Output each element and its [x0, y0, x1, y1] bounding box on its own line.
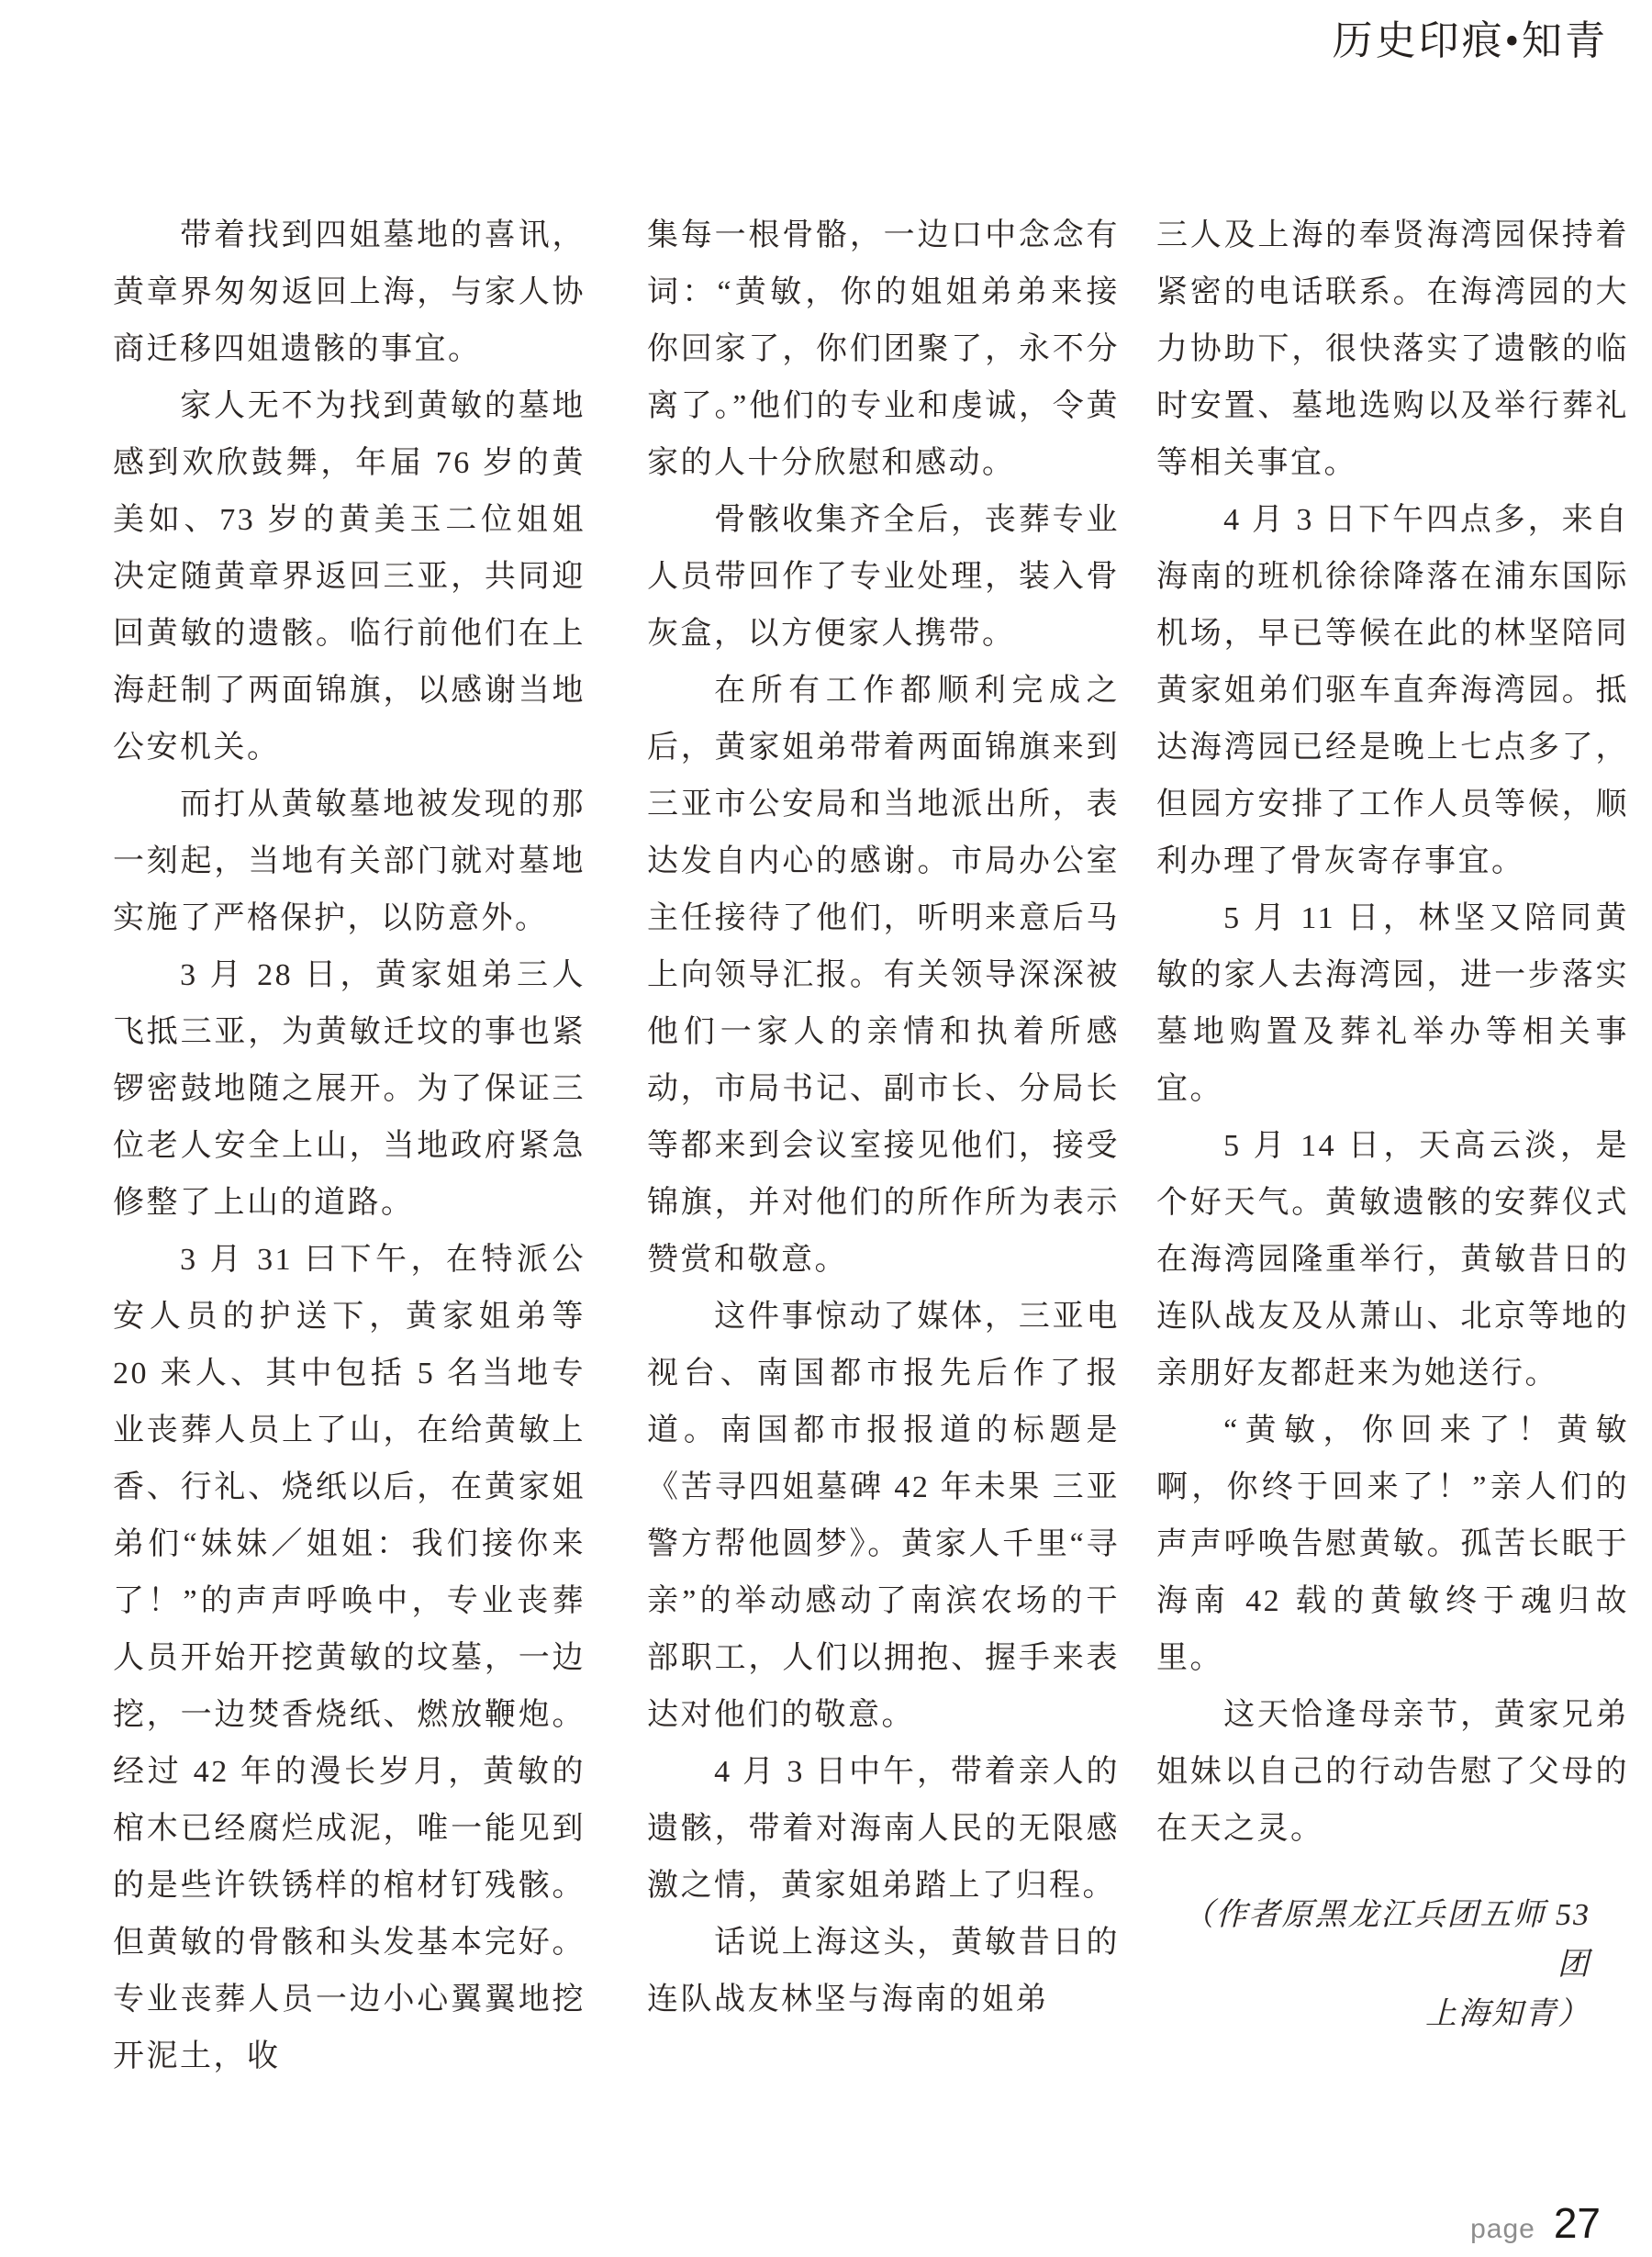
magazine-page: 历史印痕•知青 带着找到四姐墓地的喜讯，黄章界匆匆返回上海，与家人协商迁移四姐遗… — [0, 0, 1652, 2257]
paragraph: 4 月 3 日中午，带着亲人的遗骸，带着对海南人民的无限感激之情，黄家姐弟踏上了… — [647, 1744, 1120, 1915]
attribution-line: 上海知青） — [1156, 1990, 1591, 2039]
paragraph: 在所有工作都顺利完成之后，黄家姐弟带着两面锦旗来到三亚市公安局和当地派出所，表达… — [647, 663, 1120, 1289]
article-column-3: 三人及上海的奉贤海湾园保持着紧密的电话联系。在海湾园的大力协助下，很快落实了遗骸… — [1156, 207, 1629, 2039]
paragraph: 三人及上海的奉贤海湾园保持着紧密的电话联系。在海湾园的大力协助下，很快落实了遗骸… — [1156, 207, 1629, 492]
paragraph: 骨骸收集齐全后，丧葬专业人员带回作了专业处理，装入骨灰盒，以方便家人携带。 — [647, 492, 1120, 663]
page-label: page — [1470, 2214, 1535, 2245]
paragraph: “黄敏，你回来了！黄敏啊，你终于回来了！”亲人们的声声呼唤告慰黄敏。孤苦长眠于海… — [1156, 1402, 1629, 1687]
article-column-1: 带着找到四姐墓地的喜讯，黄章界匆匆返回上海，与家人协商迁移四姐遗骸的事宜。家人无… — [113, 207, 586, 2085]
paragraph: 家人无不为找到黄敏的墓地感到欢欣鼓舞，年届 76 岁的黄美如、73 岁的黄美玉二… — [113, 378, 586, 777]
author-attribution: （作者原黑龙江兵团五师 53 团 上海知青） — [1156, 1891, 1629, 2039]
page-footer: page 27 — [1470, 2198, 1601, 2248]
paragraph: 这件事惊动了媒体，三亚电视台、南国都市报先后作了报道。南国都市报报道的标题是《苦… — [647, 1289, 1120, 1744]
paragraph: 带着找到四姐墓地的喜讯，黄章界匆匆返回上海，与家人协商迁移四姐遗骸的事宜。 — [113, 207, 586, 378]
column-paragraphs: 三人及上海的奉贤海湾园保持着紧密的电话联系。在海湾园的大力协助下，很快落实了遗骸… — [1156, 207, 1629, 1858]
paragraph: 集每一根骨骼，一边口中念念有词：“黄敏，你的姐姐弟弟来接你回家了，你们团聚了，永… — [647, 207, 1120, 492]
column-paragraphs: 集每一根骨骼，一边口中念念有词：“黄敏，你的姐姐弟弟来接你回家了，你们团聚了，永… — [647, 207, 1120, 2028]
article-column-2: 集每一根骨骼，一边口中念念有词：“黄敏，你的姐姐弟弟来接你回家了，你们团聚了，永… — [647, 207, 1120, 2028]
paragraph: 5 月 11 日，林坚又陪同黄敏的家人去海湾园，进一步落实墓地购置及葬礼举办等相… — [1156, 890, 1629, 1118]
paragraph: 而打从黄敏墓地被发现的那一刻起，当地有关部门就对墓地实施了严格保护，以防意外。 — [113, 777, 586, 947]
paragraph: 3 月 31 曰下午，在特派公安人员的护送下，黄家姐弟等 20 来人、其中包括 … — [113, 1232, 586, 2085]
paragraph: 3 月 28 日，黄家姐弟三人飞抵三亚，为黄敏迁坟的事也紧锣密鼓地随之展开。为了… — [113, 947, 586, 1232]
page-number: 27 — [1554, 2198, 1601, 2248]
paragraph: 5 月 14 日，天高云淡，是个好天气。黄敏遗骸的安葬仪式在海湾园隆重举行，黄敏… — [1156, 1118, 1629, 1402]
column-paragraphs: 带着找到四姐墓地的喜讯，黄章界匆匆返回上海，与家人协商迁移四姐遗骸的事宜。家人无… — [113, 207, 586, 2085]
section-header: 历史印痕•知青 — [1333, 7, 1608, 66]
paragraph: 话说上海这头，黄敏昔日的连队战友林坚与海南的姐弟 — [647, 1915, 1120, 2028]
paragraph: 这天恰逢母亲节，黄家兄弟姐妹以自己的行动告慰了父母的在天之灵。 — [1156, 1687, 1629, 1858]
attribution-line: （作者原黑龙江兵团五师 53 团 — [1156, 1891, 1591, 1990]
paragraph: 4 月 3 日下午四点多，来自海南的班机徐徐降落在浦东国际机场，早已等候在此的林… — [1156, 492, 1629, 890]
